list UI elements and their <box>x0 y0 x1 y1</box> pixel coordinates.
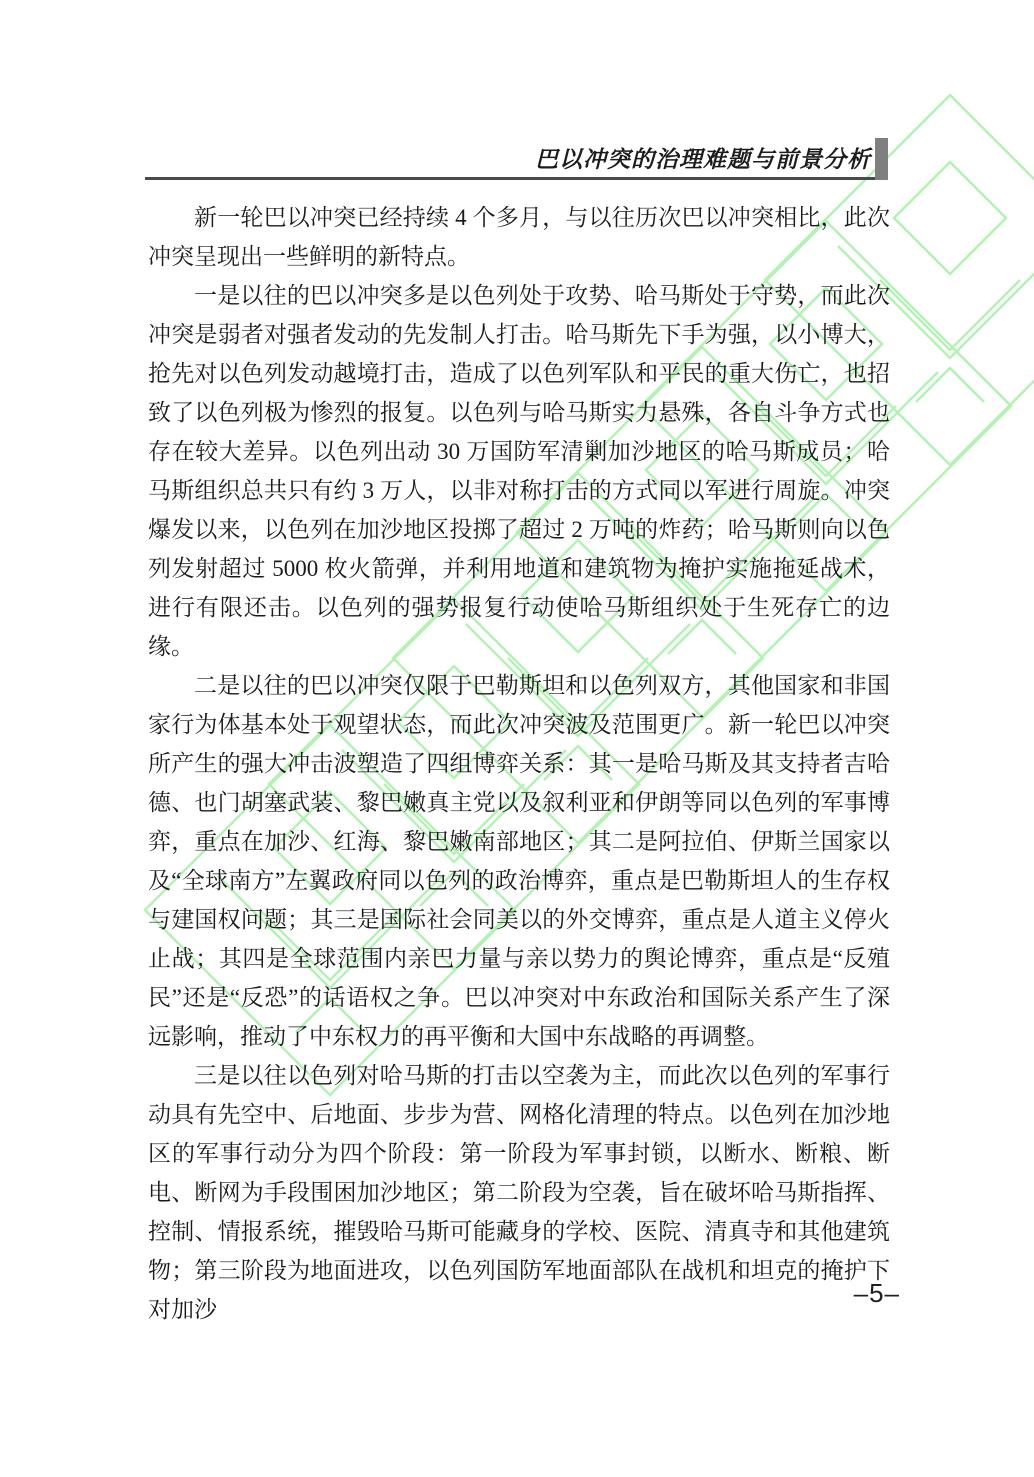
paragraph-point-one: 一是以往的巴以冲突多是以色列处于攻势、哈马斯处于守势，而此次冲突是弱者对强者发动… <box>148 276 890 666</box>
page-number: –5– <box>854 1278 900 1309</box>
paragraph-intro: 新一轮巴以冲突已经持续 4 个多月，与以往历次巴以冲突相比，此次冲突呈现出一些鲜… <box>148 198 890 276</box>
paragraph-point-two: 二是以往的巴以冲突仅限于巴勒斯坦和以色列双方，其他国家和非国家行为体基本处于观望… <box>148 666 890 1056</box>
running-head-title: 巴以冲突的治理难题与前景分析 <box>145 141 871 174</box>
header-rule <box>145 177 877 180</box>
header-accent-bar <box>875 138 888 180</box>
article-body: 新一轮巴以冲突已经持续 4 个多月，与以往历次巴以冲突相比，此次冲突呈现出一些鲜… <box>148 198 890 1329</box>
paragraph-point-three: 三是以往以色列对哈马斯的打击以空袭为主，而此次以色列的军事行动具有先空中、后地面… <box>148 1056 890 1329</box>
document-page: 巴以冲突的治理难题与前景分析 新一轮巴以冲突已经持续 4 个多月，与以往历次巴以… <box>0 0 1034 1477</box>
